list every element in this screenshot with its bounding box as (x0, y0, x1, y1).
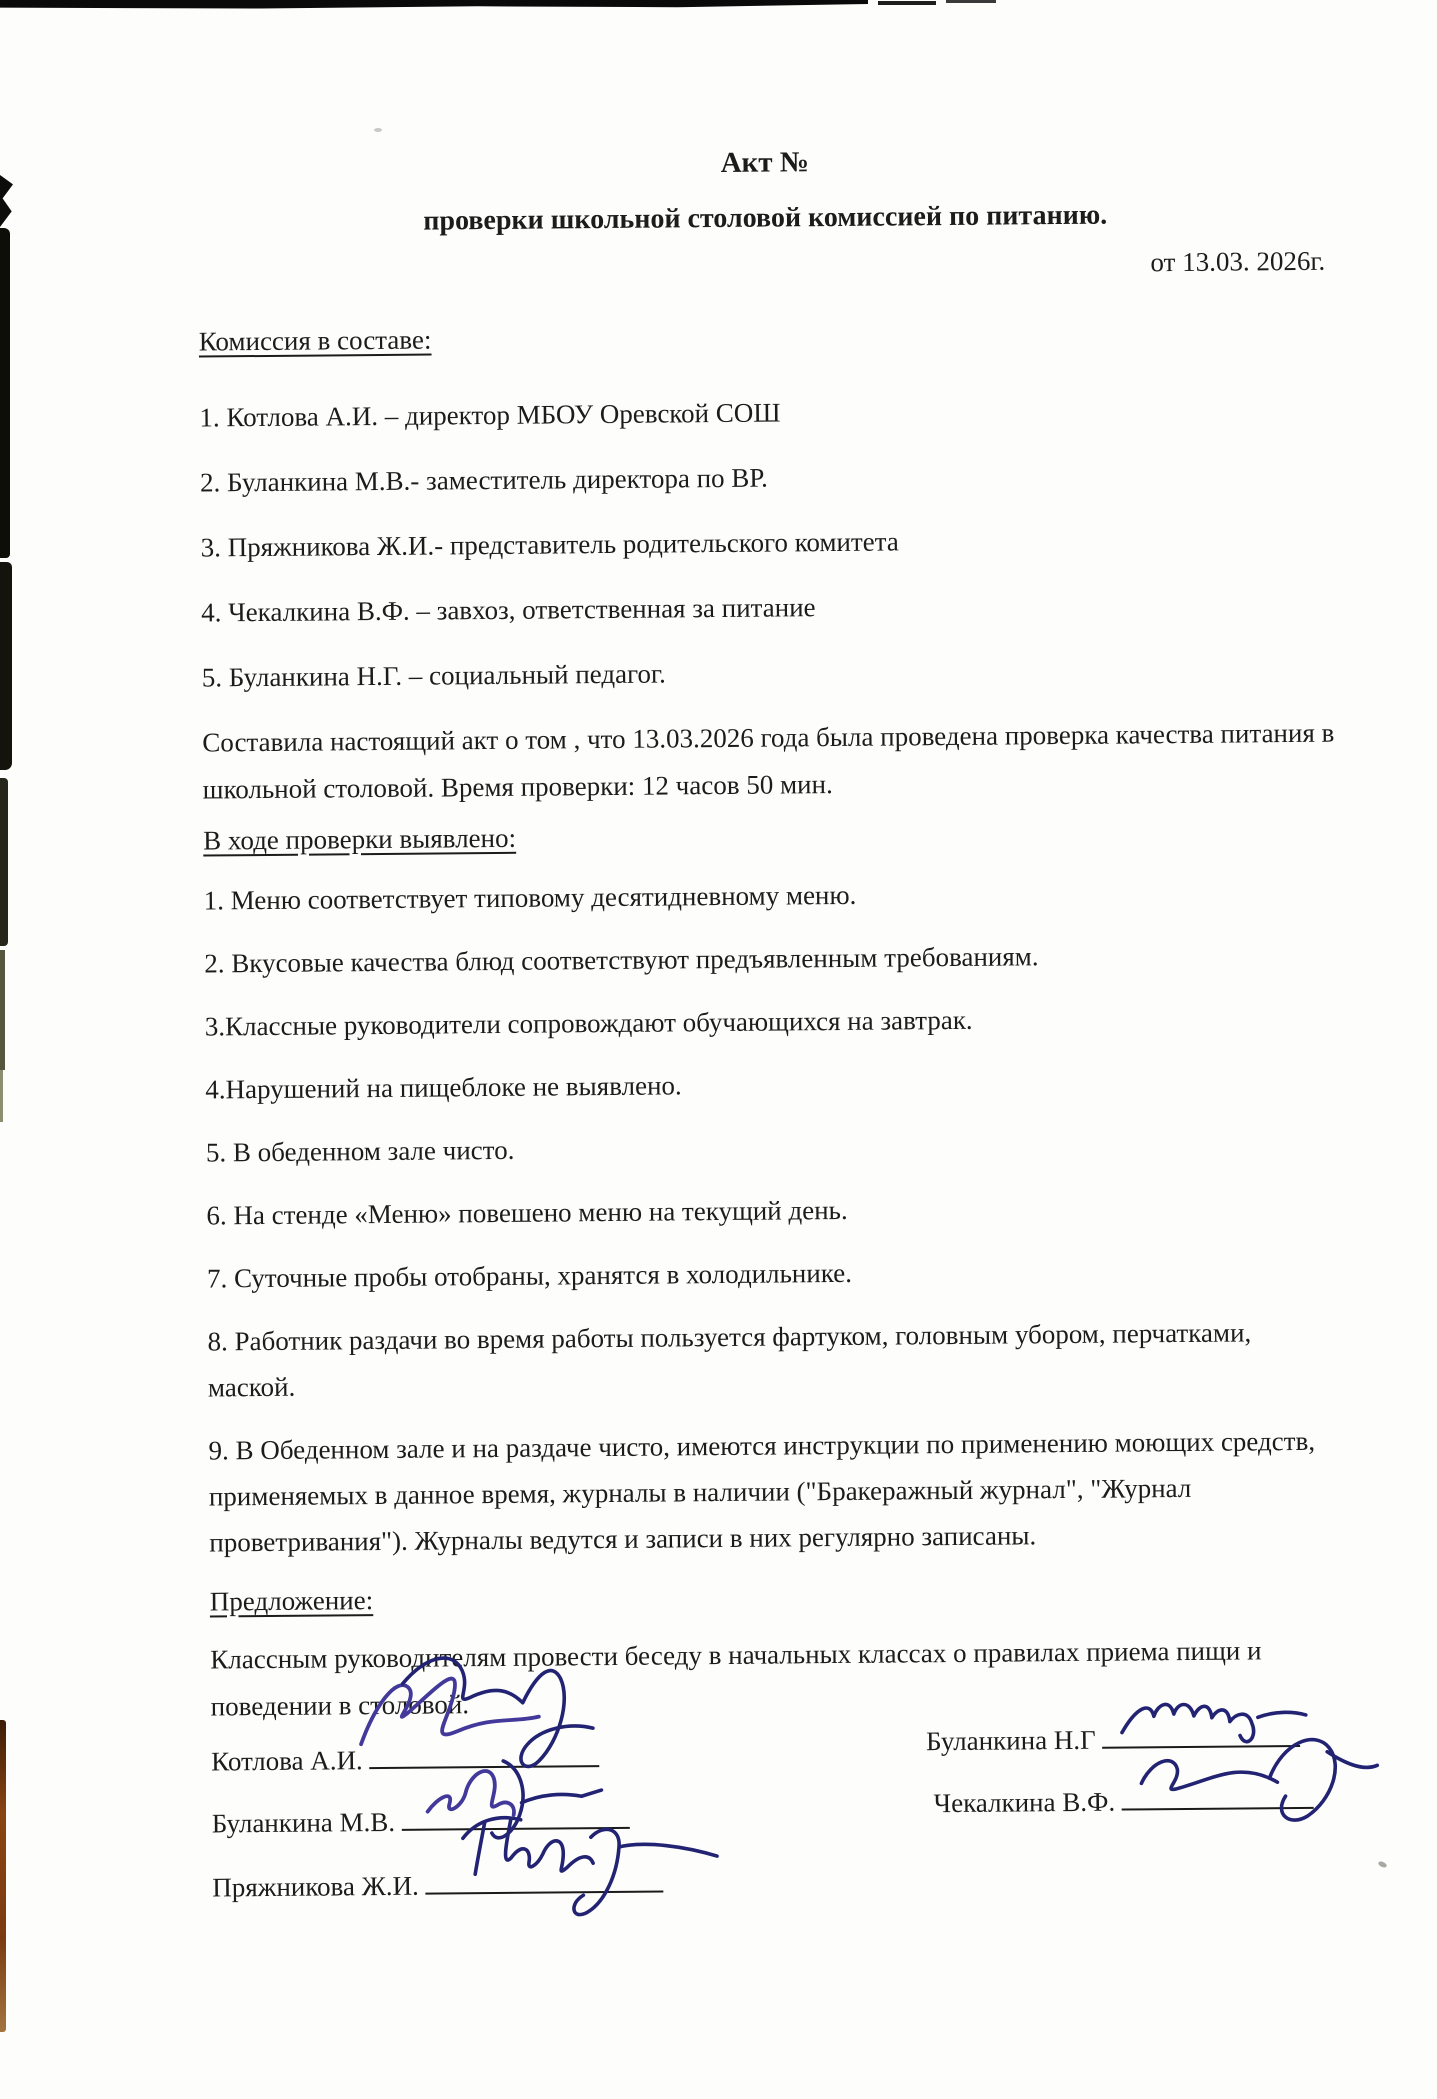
scan-artifact-left-edge (0, 778, 8, 946)
signer-name: Пряжникова Ж.И. (212, 1871, 419, 1903)
signature-row-kotlova: Котлова А.И. (211, 1729, 600, 1781)
signature-row-pryazhnikova: Пряжникова Ж.И. (212, 1855, 664, 1908)
signature-line (425, 1855, 663, 1895)
findings-heading: В ходе проверки выявлено: (203, 812, 1338, 860)
finding-item: 3.Классные руководители сопровождают обу… (205, 994, 1340, 1050)
finding-item: 2. Вкусовые качества блюд соответствуют … (204, 931, 1339, 987)
signature-row-bulankina-mv: Буланкина М.В. (211, 1791, 629, 1844)
commission-member: 4. Чекалкина В.Ф. – завхоз, ответственна… (201, 580, 1336, 637)
scan-speck (1377, 1860, 1387, 1868)
signature-line (1122, 1771, 1314, 1811)
commission-heading: Комиссия в составе: (199, 313, 1334, 361)
finding-item: 8. Работник раздачи во время работы поль… (207, 1309, 1343, 1411)
signature-line (1102, 1709, 1300, 1749)
signature-line (402, 1791, 630, 1831)
finding-item: 6. На стенде «Меню» повешено меню на тек… (206, 1183, 1341, 1239)
scan-artifact-left-edge (0, 175, 13, 227)
scan-artifact-left-edge-brown (0, 1720, 6, 2032)
finding-item: 4.Нарушений на пищеблоке не выявлено. (205, 1057, 1340, 1113)
proposal-heading: Предложение: (210, 1573, 1345, 1621)
finding-item: 7. Суточные пробы отобраны, хранятся в х… (207, 1246, 1342, 1302)
scan-artifact-left-edge (0, 228, 10, 558)
signer-name: Буланкина Н.Г (926, 1725, 1096, 1756)
scanned-document-page: Акт № проверки школьной столовой комисси… (0, 0, 1437, 2099)
finding-item: 1. Меню соответствует типовому десятидне… (203, 868, 1338, 924)
finding-item: 5. В обеденном зале чисто. (206, 1120, 1341, 1176)
signer-name: Котлова А.И. (211, 1745, 363, 1776)
signature-block: Котлова А.И. Буланкина М.В. (211, 1721, 1349, 2071)
scan-artifact-left-edge (0, 1070, 3, 1122)
document-subtitle: проверки школьной столовой комиссией по … (198, 197, 1333, 241)
signer-name: Буланкина М.В. (212, 1807, 396, 1839)
scan-artifact-left-edge (0, 562, 12, 770)
scan-artifact-left-edge (0, 950, 5, 1070)
signer-name: Чекалкина В.Ф. (933, 1787, 1115, 1819)
signature-row-bulankina-ng: Буланкина Н.Г (926, 1709, 1301, 1761)
intro-paragraph: Составила настоящий акт о том , что 13.0… (202, 710, 1338, 814)
signature-line (369, 1729, 599, 1769)
commission-member: 5. Буланкина Н.Г. – социальный педагог. (202, 645, 1337, 702)
commission-list: 1. Котлова А.И. – директор МБОУ Оревской… (199, 385, 1337, 702)
document-title: Акт № (197, 141, 1332, 185)
commission-member: 3. Пряжникова Ж.И.- представитель родите… (200, 515, 1335, 572)
findings-list: 1. Меню соответствует типовому десятидне… (203, 868, 1344, 1566)
signature-row-chekalkina: Чекалкина В.Ф. (933, 1771, 1314, 1823)
commission-member: 1. Котлова А.И. – директор МБОУ Оревской… (199, 385, 1334, 442)
commission-member: 2. Буланкина М.В.- заместитель директора… (200, 450, 1335, 507)
document-date: от 13.03. 2026г. (198, 245, 1333, 287)
finding-item: 9. В Обеденном зале и на раздаче чисто, … (208, 1418, 1344, 1566)
document-content: Акт № проверки школьной столовой комисси… (196, 0, 1349, 2070)
